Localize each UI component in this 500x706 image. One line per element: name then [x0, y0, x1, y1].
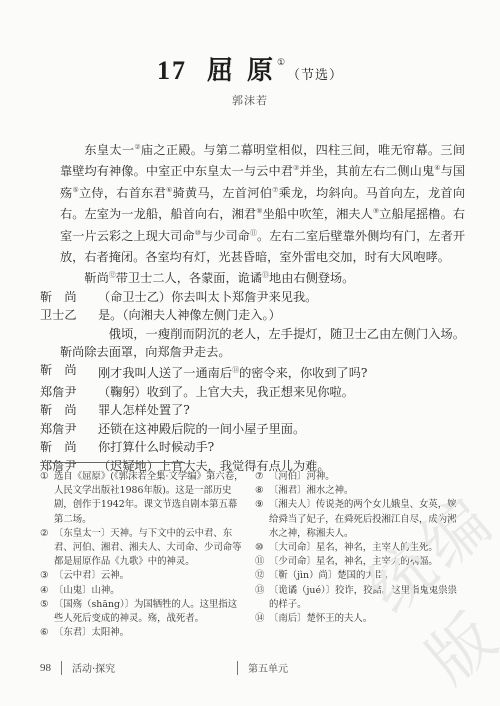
- stage-direction: 靳尚⑫带卫士二人，各蒙面，诡谲⑬地由右侧登场。: [40, 266, 465, 287]
- footnote: ⑧〔湘君〕湘水之神。: [255, 484, 465, 498]
- footnote-ref[interactable]: ①: [277, 58, 287, 68]
- footnote: ②〔东皇太一〕天神。与下文中的云中君、东君、河伯、湘君、湘夫人、大司命、少司命等…: [40, 527, 245, 570]
- footnote: ④〔山鬼〕山神。: [40, 584, 245, 598]
- footnote: ⑦〔河伯〕河神。: [255, 470, 465, 484]
- footnote: ⑫〔靳（jìn）尚〕楚国的大臣。: [255, 569, 465, 583]
- footnote: ⑩〔大司命〕星名，神名，主宰人的生死。: [255, 541, 465, 555]
- speaker: 靳 尚: [40, 401, 98, 419]
- section-label: 活动·探究: [72, 660, 227, 675]
- dialogue-line: 靳 尚刚才我叫人送了一通南后⑭的密令来，你收到了吗?: [40, 361, 465, 382]
- speaker: 靳 尚: [40, 438, 98, 456]
- footnote: ⑨〔湘夫人〕传说尧的两个女儿娥皇、女英，嫁给舜当了妃子，在舜死后投湘江自尽，成为…: [255, 498, 465, 541]
- footnote: ⑭〔南后〕楚怀王的夫人。: [255, 612, 465, 626]
- dialogue-line: 卫士乙是。（向湘夫人神像左侧门走入。）: [40, 306, 465, 324]
- dialogue-line: 靳 尚罪人怎样处置了?: [40, 401, 465, 419]
- footnote: ①选自《屈原》(《郭沫若全集·文学编》第六卷，人民文学出版社1986年版)。这是…: [40, 470, 245, 527]
- speaker: 郑詹尹: [40, 420, 98, 438]
- speaker: 郑詹尹: [40, 383, 98, 401]
- footnote: ⑤〔国殇（shāng）〕为国牺牲的人。这里指这些人死后变成的神灵。殇，战死者。: [40, 598, 245, 626]
- dialogue-line: 靳 尚你打算什么时候动手?: [40, 438, 465, 456]
- footnotes-right: ⑦〔河伯〕河神。 ⑧〔湘君〕湘水之神。 ⑨〔湘夫人〕传说尧的两个女儿娥皇、女英，…: [255, 470, 465, 626]
- dialogue-line: 郑詹尹（鞠躬）收到了。上官大夫，我正想来见你啦。: [40, 383, 465, 401]
- lesson-title: 17屈原①（节选）: [0, 50, 500, 87]
- footnote-divider: [40, 462, 185, 463]
- dialogue-line: 靳 尚（命卫士乙）你去叫太卜郑詹尹来见我。: [40, 288, 465, 306]
- page-footer: 98 活动·探究 第五单元: [40, 660, 288, 675]
- lesson-subtitle: （节选）: [287, 68, 343, 83]
- page-number: 98: [40, 662, 51, 674]
- stage-direction: 俄顷，一瘦削而阴沉的老人，左手提灯，随卫士乙由左侧门入场。靳尚除去面罩，向郑詹尹…: [40, 325, 465, 362]
- divider: [237, 661, 238, 675]
- footnote: ③〔云中君〕云神。: [40, 569, 245, 583]
- footnotes-left: ①选自《屈原》(《郭沫若全集·文学编》第六卷，人民文学出版社1986年版)。这是…: [40, 470, 245, 640]
- author: 郭沫若: [0, 92, 500, 108]
- footnote: ⑪〔少司命〕星名，神名，主宰人的祸福。: [255, 555, 465, 569]
- play-text: 东皇太一②庙之正殿。与第二幕明堂相似，四柱三间，唯无帘幕。三间靠壁均有神像。中室…: [40, 138, 465, 475]
- unit-label: 第五单元: [248, 660, 288, 675]
- divider: [61, 661, 62, 675]
- footnote: ⑥〔东君〕太阳神。: [40, 626, 245, 640]
- footnote: ⑬〔诡谲（jué）〕狡诈，狡黠。这里指鬼鬼祟祟的样子。: [255, 584, 465, 612]
- lesson-number: 17: [157, 56, 187, 85]
- dialogue-line: 郑詹尹还锁在这神殿后院的一间小屋子里面。: [40, 420, 465, 438]
- stage-direction: 东皇太一②庙之正殿。与第二幕明堂相似，四柱三间，唯无帘幕。三间靠壁均有神像。中室…: [40, 138, 465, 266]
- speaker: 靳 尚: [40, 288, 98, 306]
- speaker: 靳 尚: [40, 361, 98, 382]
- speaker: 卫士乙: [40, 306, 98, 324]
